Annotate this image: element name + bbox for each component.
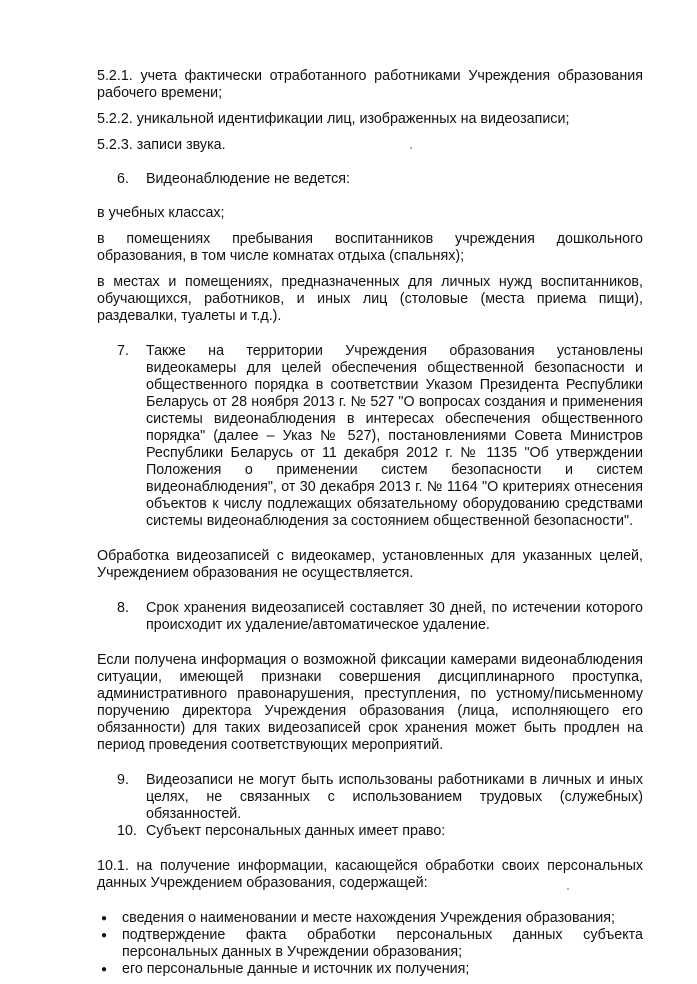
clause-5-2-3: 5.2.3. записи звука. xyxy=(97,137,643,154)
item-10: 10. Субъект персональных данных имеет пр… xyxy=(97,823,643,840)
item-number: 7. xyxy=(97,343,146,530)
scan-speck xyxy=(410,147,412,149)
paragraph-rooms: в помещениях пребывания воспитанников уч… xyxy=(97,231,643,265)
item-8: 8. Срок хранения видеозаписей составляет… xyxy=(97,600,643,634)
item-number: 8. xyxy=(97,600,146,634)
clause-5-2-2: 5.2.2. уникальной идентификации лиц, изо… xyxy=(97,111,643,128)
item-number: 6. xyxy=(97,171,146,188)
bullet-list: ● сведения о наименовании и месте нахожд… xyxy=(97,910,643,978)
bullet-icon: ● xyxy=(97,961,122,978)
item-7: 7. Также на территории Учреждения образо… xyxy=(97,343,643,530)
list-item: ● сведения о наименовании и месте нахожд… xyxy=(97,910,643,927)
list-item: ● его персональные данные и источник их … xyxy=(97,961,643,978)
scan-speck xyxy=(567,888,569,890)
list-item: ● подтверждение факта обработки персонал… xyxy=(97,927,643,961)
item-text: Видеонаблюдение не ведется: xyxy=(146,171,643,188)
paragraph-places: в местах и помещениях, предназначенных д… xyxy=(97,274,643,325)
paragraph-classes: в учебных классах; xyxy=(97,205,643,222)
item-number: 9. xyxy=(97,772,146,823)
clause-10-1: 10.1. на получение информации, касающейс… xyxy=(97,858,643,892)
item-9: 9. Видеозаписи не могут быть использован… xyxy=(97,772,643,823)
item-6: 6. Видеонаблюдение не ведется: xyxy=(97,171,643,188)
item-text: Также на территории Учреждения образован… xyxy=(146,343,643,530)
item-text: Видеозаписи не могут быть использованы р… xyxy=(146,772,643,823)
item-text: Срок хранения видеозаписей составляет 30… xyxy=(146,600,643,634)
bullet-icon: ● xyxy=(97,910,122,927)
bullet-icon: ● xyxy=(97,927,122,961)
clause-5-2-1: 5.2.1. учета фактически отработанного ра… xyxy=(97,68,643,102)
item-number: 10. xyxy=(97,823,146,840)
item-text: Субъект персональных данных имеет право: xyxy=(146,823,643,840)
document-page: 5.2.1. учета фактически отработанного ра… xyxy=(97,68,643,978)
paragraph-processing: Обработка видеозаписей с видеокамер, уст… xyxy=(97,548,643,582)
paragraph-retention-extension: Если получена информация о возможной фик… xyxy=(97,652,643,754)
